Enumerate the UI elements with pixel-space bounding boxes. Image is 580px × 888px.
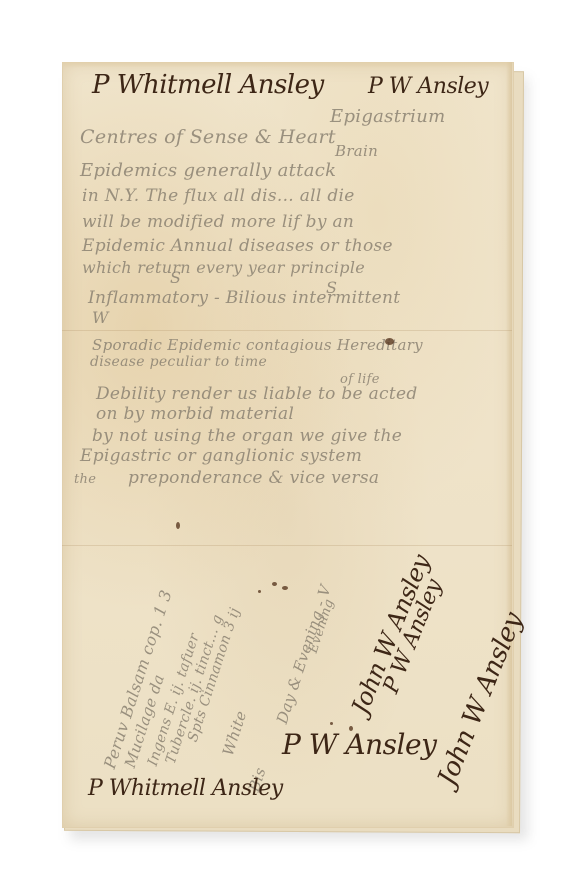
pencil-line: Epidemic Annual diseases or those xyxy=(82,236,393,256)
pencil-line: Centres of Sense & Heart xyxy=(80,126,336,148)
marginal-letter: W xyxy=(92,308,109,327)
pencil-line: which return every year principle xyxy=(82,258,365,277)
pencil-line: by not using the organ we give the xyxy=(92,426,402,446)
pencil-line: Brain xyxy=(335,142,378,160)
ink-stain xyxy=(330,722,333,725)
marginal-letter: S xyxy=(170,268,181,287)
fold-line xyxy=(62,545,512,546)
page-top-edge xyxy=(62,62,512,68)
ink-stain xyxy=(272,582,277,586)
pencil-line: Inflammatory - Bilious intermittent xyxy=(88,288,400,308)
signature-top-left: P Whitmell Ansley xyxy=(92,70,324,100)
ink-stain xyxy=(258,590,261,593)
pencil-line: disease peculiar to time xyxy=(90,354,267,370)
marginal-letter: the xyxy=(74,472,96,487)
pencil-line: on by morbid material xyxy=(96,404,294,424)
page-right-edge xyxy=(506,62,512,826)
pencil-line: Epidemics generally attack xyxy=(80,160,336,181)
fold-line xyxy=(62,330,512,331)
pencil-line: preponderance & vice versa xyxy=(128,468,379,488)
ink-stain xyxy=(282,586,288,590)
signature-top-right: P W Ansley xyxy=(368,74,488,99)
pencil-line: Epigastric or ganglionic system xyxy=(80,446,362,466)
ink-stain xyxy=(349,726,353,731)
ink-stain xyxy=(385,338,394,345)
pencil-line: in N.Y. The flux all dis... all die xyxy=(82,186,355,206)
signature-bottom-left: P Whitmell Ansley xyxy=(88,776,283,801)
pencil-line: Sporadic Epidemic contagious Hereditary xyxy=(92,336,423,354)
ink-stain xyxy=(176,522,180,529)
pencil-line: Epigastrium xyxy=(330,106,445,127)
pencil-line: will be modified more lif by an xyxy=(82,212,354,232)
signature-bottom-center: P W Ansley xyxy=(282,728,436,761)
pencil-line: Debility render us liable to be acted xyxy=(96,384,418,404)
